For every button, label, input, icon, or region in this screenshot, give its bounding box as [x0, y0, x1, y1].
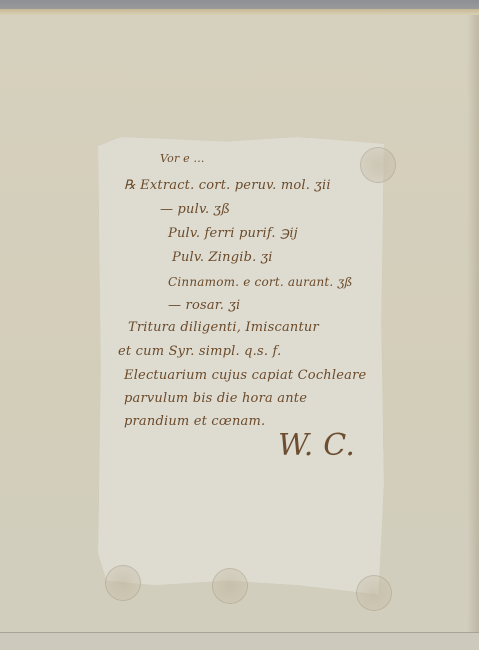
page-gutter-shadow	[467, 15, 479, 650]
instruction-line: parvulum bis die hora ante	[124, 391, 307, 406]
prescription-line: Cinnamom. e cort. aurant. ʒß	[168, 275, 353, 289]
adhesive-mark-top-right	[360, 147, 396, 183]
adhesive-mark-bottom-center	[212, 568, 248, 604]
prescription-line: Pulv. ferri purif. ℈ij	[168, 226, 298, 241]
page-bottom-strip	[0, 632, 479, 650]
adhesive-mark-bottom-left	[105, 565, 141, 601]
instruction-line: prandium et cœnam.	[124, 414, 265, 429]
prescription-line: ℞ Extract. cort. peruv. mol. ʒii	[124, 178, 331, 193]
prescription-line: — pulv. ʒß	[160, 202, 230, 217]
prescription-line: — rosar. ʒi	[168, 298, 240, 313]
heading-line: Vor e ...	[160, 152, 205, 165]
instruction-line: Tritura diligenti, Imiscantur	[128, 320, 319, 335]
instruction-line: Electuarium cujus capiat Cochleare	[124, 368, 366, 383]
instruction-line: et cum Syr. simpl. q.s. f.	[118, 344, 281, 359]
signature: W. C.	[278, 428, 355, 463]
prescription-line: Pulv. Zingib. ʒi	[172, 250, 273, 265]
adhesive-mark-bottom-right	[356, 575, 392, 611]
